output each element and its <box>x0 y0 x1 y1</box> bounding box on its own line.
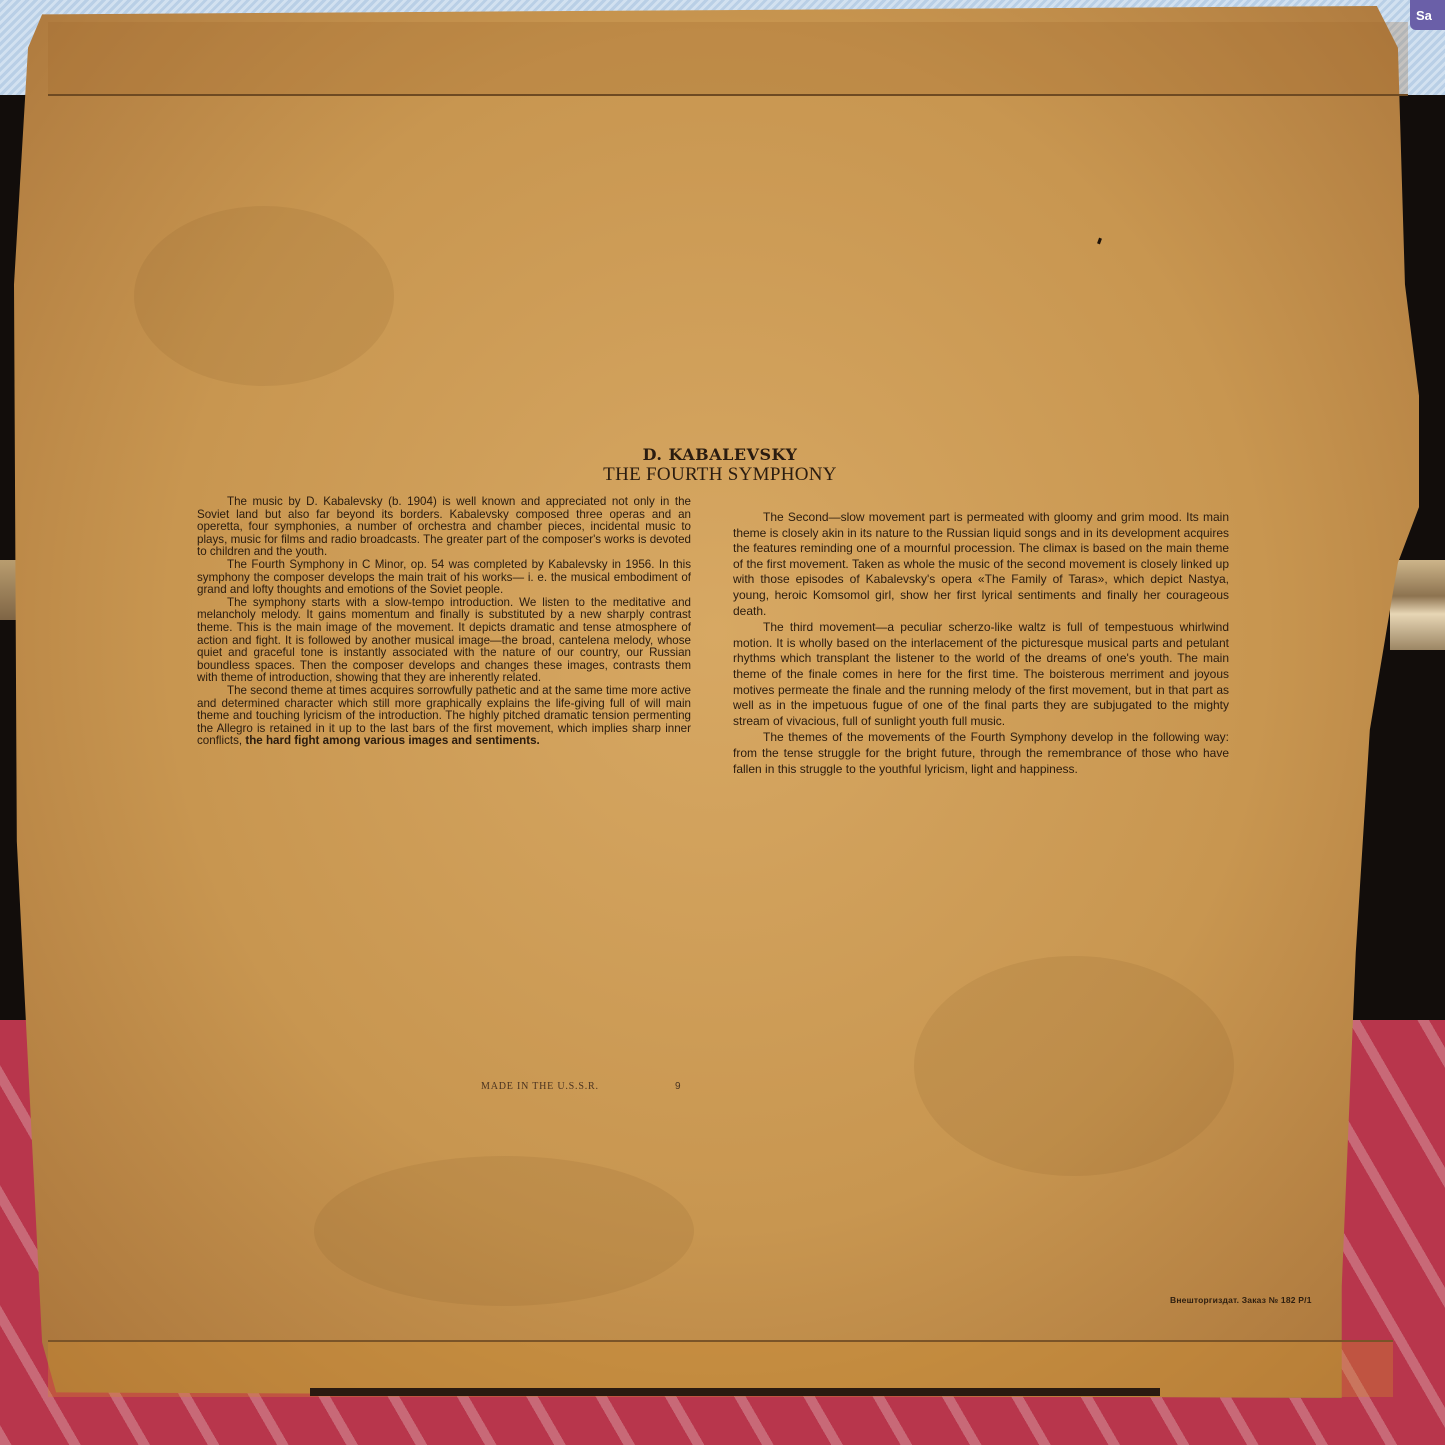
background-shelf <box>1390 560 1445 650</box>
liner-paragraph: The third movement—a peculiar scherzo-li… <box>733 620 1229 729</box>
title-block: D. KABALEVSKY THE FOURTH SYMPHONY <box>560 445 880 485</box>
paper-stain <box>134 206 394 386</box>
publisher-imprint: Внешторгиздат. Заказ № 182 Р/1 <box>1170 1295 1312 1305</box>
liner-paragraph: The symphony starts with a slow-tempo in… <box>197 597 691 685</box>
made-in-label: MADE IN THE U.S.S.R. <box>481 1081 599 1092</box>
liner-notes-right-column: The Second—slow movement part is permeat… <box>733 510 1229 777</box>
sleeve-bottom-gap <box>310 1388 1160 1396</box>
paper-stain <box>914 956 1234 1176</box>
liner-notes-left-column: The music by D. Kabalevsky (b. 1904) is … <box>197 496 691 748</box>
liner-paragraph: The themes of the movements of the Fourt… <box>733 730 1229 777</box>
liner-closing-bold: the hard fight among various images and … <box>245 734 539 747</box>
liner-paragraph-with-bold-close: The second theme at times acquires sorro… <box>197 685 691 748</box>
liner-paragraph: The Second—slow movement part is permeat… <box>733 510 1229 619</box>
page-mark: 9 <box>675 1081 681 1092</box>
paper-stain <box>314 1156 694 1306</box>
monitor-corner-label: Sa <box>1410 0 1445 30</box>
liner-paragraph: The music by D. Kabalevsky (b. 1904) is … <box>197 496 691 559</box>
composer-name: D. KABALEVSKY <box>560 445 880 464</box>
sleeve-top-flap <box>48 22 1408 96</box>
liner-paragraph: The Fourth Symphony in C Minor, op. 54 w… <box>197 559 691 597</box>
work-title: THE FOURTH SYMPHONY <box>560 464 880 485</box>
